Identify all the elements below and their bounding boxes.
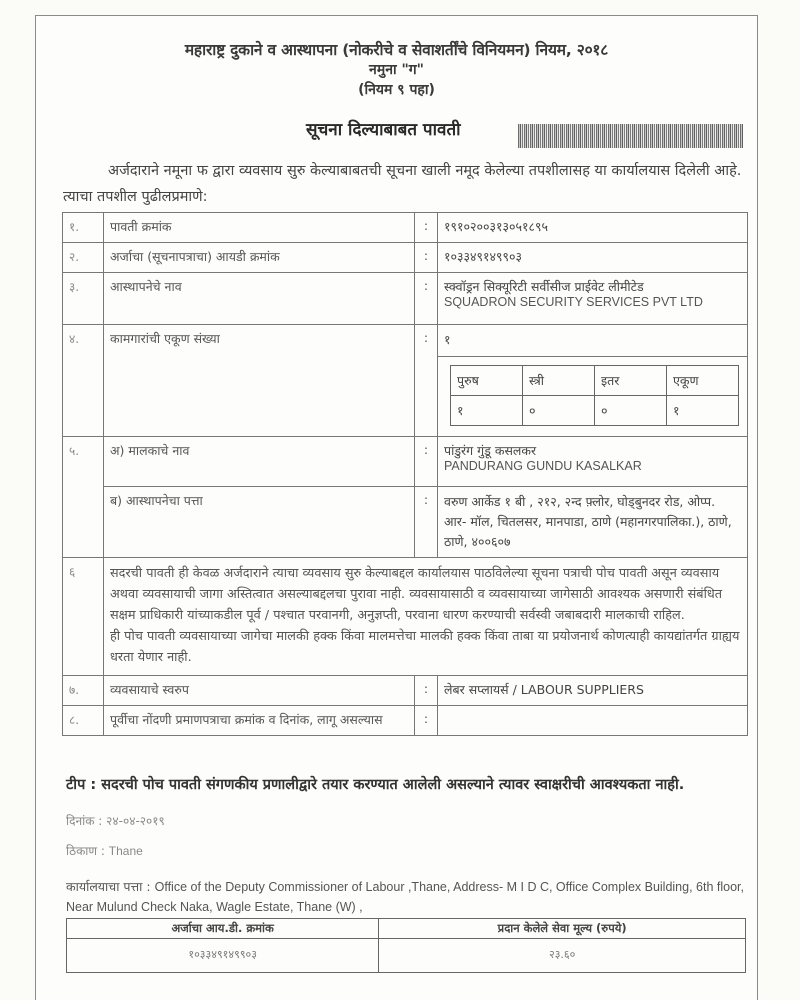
- workers-other: ०: [595, 396, 667, 426]
- row-label: अ) मालकाचे नाव: [104, 437, 415, 487]
- workers-breakdown-table: पुरुष स्त्री इतर एकूण १ ० ० १: [450, 365, 739, 426]
- fee-amount: २३.६०: [379, 939, 746, 973]
- row-number: ६: [63, 558, 104, 676]
- fee-header-amount: प्रदान केलेले सेवा मूल्य (रुपये): [379, 919, 746, 939]
- row-colon: :: [415, 273, 438, 325]
- workers-male: १: [451, 396, 523, 426]
- table-row: ६ सदरची पावती ही केवळ अर्जदाराने त्याचा …: [63, 558, 748, 676]
- office-label: कार्यालयाचा पत्ता :: [66, 879, 151, 894]
- row-colon: :: [415, 325, 438, 437]
- details-table: १. पावती क्रमांक : १९१०२००३१३०५१८९५ २. अ…: [62, 212, 748, 736]
- establishment-name: स्क्वॉड्रन सिक्यूरिटी सर्वीसीज प्राईवेट …: [438, 273, 748, 325]
- workers-header-male: पुरुष: [451, 366, 523, 396]
- tip-note: टीप : सदरची पोच पावती संगणकीय प्रणालीद्व…: [66, 774, 684, 794]
- row-label: आस्थापनेचे नाव: [104, 273, 415, 325]
- row-colon: :: [415, 487, 438, 558]
- table-row: ५. अ) मालकाचे नाव : पांडुरंग गुंडू कसलकर…: [63, 437, 748, 487]
- row-number: २.: [63, 243, 104, 273]
- row-label: व्यवसायाचे स्वरुप: [104, 676, 415, 706]
- workers-header-total: एकूण: [667, 366, 739, 396]
- row-label: पावती क्रमांक: [104, 213, 415, 243]
- table-row: २. अर्जाचा (सूचनापत्राचा) आयडी क्रमांक :…: [63, 243, 748, 273]
- disclaimer-paragraph: ही पोच पावती व्यवसायाच्या जागेचा मालकी ह…: [110, 626, 741, 668]
- date-label: दिनांक :: [66, 814, 102, 828]
- table-row: ब) आस्थापनेचा पत्ता : वरुण आर्केड १ बी ,…: [63, 487, 748, 558]
- date-line: दिनांक : २४-०४-२०१९: [66, 812, 165, 829]
- row-number: ७.: [63, 676, 104, 706]
- owner-name: पांडुरंग गुंडू कसलकर PANDURANG GUNDU KAS…: [438, 437, 748, 487]
- fee-table: अर्जाचा आय.डी. क्रमांक प्रदान केलेले सेव…: [66, 918, 746, 973]
- establishment-name-marathi: स्क्वॉड्रन सिक्यूरिटी सर्वीसीज प्राईवेट …: [444, 278, 741, 295]
- row-number: ५.: [63, 437, 104, 558]
- total-workers-value: १: [438, 325, 747, 357]
- row-number: ३.: [63, 273, 104, 325]
- place-value: Thane: [109, 844, 143, 858]
- form-name: नमुना "ग": [36, 60, 757, 79]
- place-line: ठिकाण : Thane: [66, 842, 143, 859]
- row-colon: :: [415, 676, 438, 706]
- receipt-number: १९१०२००३१३०५१८९५: [438, 213, 748, 243]
- barcode-icon: [518, 124, 743, 148]
- row-number: ४.: [63, 325, 104, 437]
- application-id: १०३३४९१४९९०३: [438, 243, 748, 273]
- row-label: कामगारांची एकूण संख्या: [104, 325, 415, 437]
- table-row: ३. आस्थापनेचे नाव : स्क्वॉड्रन सिक्यूरिट…: [63, 273, 748, 325]
- intro-paragraph: अर्जदाराने नमूना फ द्वारा व्यवसाय सुरु क…: [63, 158, 743, 210]
- table-row: ४. कामगारांची एकूण संख्या : १ पुरुष स्त्…: [63, 325, 748, 437]
- receipt-page: महाराष्ट्र दुकाने व आस्थापना (नोकरीचे व …: [35, 15, 758, 1000]
- document-title: सूचना दिल्याबाबत पावती: [306, 117, 461, 140]
- row-label: अर्जाचा (सूचनापत्राचा) आयडी क्रमांक: [104, 243, 415, 273]
- table-row: १. पावती क्रमांक : १९१०२००३१३०५१८९५: [63, 213, 748, 243]
- row-number: १.: [63, 213, 104, 243]
- row-colon: :: [415, 213, 438, 243]
- office-address: कार्यालयाचा पत्ता : Office of the Deputy…: [66, 877, 746, 917]
- row-colon: :: [415, 243, 438, 273]
- row-label: ब) आस्थापनेचा पत्ता: [104, 487, 415, 558]
- table-row: ७. व्यवसायाचे स्वरुप : लेबर सप्लायर्स / …: [63, 676, 748, 706]
- workers-female: ०: [523, 396, 595, 426]
- workers-header-other: इतर: [595, 366, 667, 396]
- place-label: ठिकाण :: [66, 844, 105, 858]
- row-colon: :: [415, 706, 438, 736]
- establishment-address: वरुण आर्केड १ बी , २१२, २न्द फ़्लोर, घोड…: [438, 487, 748, 558]
- fee-header-application-id: अर्जाचा आय.डी. क्रमांक: [67, 919, 379, 939]
- owner-name-english: PANDURANG GUNDU KASALKAR: [444, 459, 741, 473]
- disclaimer-note: सदरची पावती ही केवळ अर्जदाराने त्याचा व्…: [104, 558, 748, 676]
- rule-reference: (नियम ९ पहा): [36, 80, 757, 99]
- act-title: महाराष्ट्र दुकाने व आस्थापना (नोकरीचे व …: [36, 38, 757, 60]
- establishment-name-english: SQUADRON SECURITY SERVICES PVT LTD: [444, 295, 741, 309]
- row-colon: :: [415, 437, 438, 487]
- date-value: २४-०४-२०१९: [106, 814, 165, 828]
- workers-header-female: स्त्री: [523, 366, 595, 396]
- owner-name-marathi: पांडुरंग गुंडू कसलकर: [444, 442, 741, 459]
- previous-registration: [438, 706, 748, 736]
- workers-total: १: [667, 396, 739, 426]
- disclaimer-paragraph: सदरची पावती ही केवळ अर्जदाराने त्याचा व्…: [110, 563, 741, 626]
- fee-application-id: १०३३४९१४९९०३: [67, 939, 379, 973]
- office-value: Office of the Deputy Commissioner of Lab…: [66, 880, 744, 914]
- business-type: लेबर सप्लायर्स / LABOUR SUPPLIERS: [438, 676, 748, 706]
- row-label: पूर्वीचा नोंदणी प्रमाणपत्राचा क्रमांक व …: [104, 706, 415, 736]
- table-row: ८. पूर्वीचा नोंदणी प्रमाणपत्राचा क्रमांक…: [63, 706, 748, 736]
- total-workers: १ पुरुष स्त्री इतर एकूण १ ० ०: [438, 325, 748, 437]
- row-number: ८.: [63, 706, 104, 736]
